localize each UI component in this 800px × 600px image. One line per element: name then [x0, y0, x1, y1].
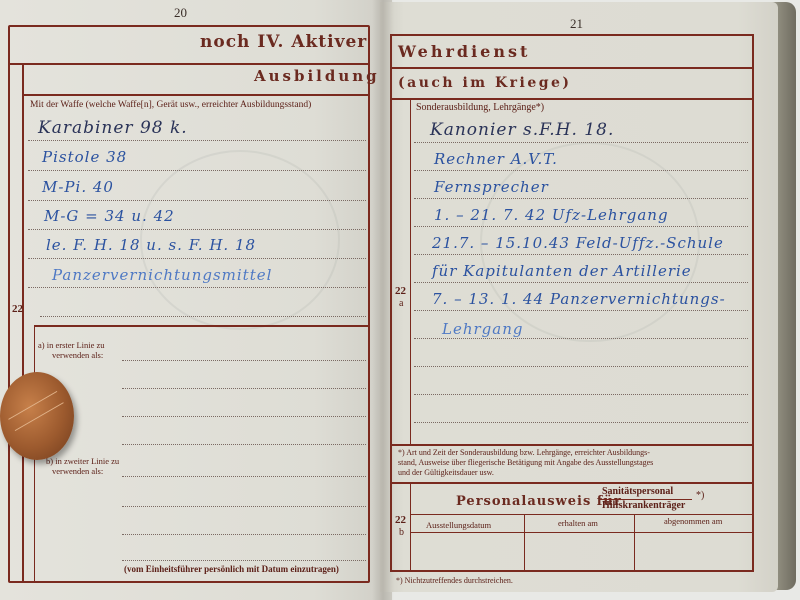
right-page: 21 Wehrdienst (auch im Kriege) Sonderaus…: [380, 2, 778, 592]
use-a-label-2: verwenden als:: [52, 350, 103, 360]
id-col-returned: abgenommen am: [664, 516, 722, 526]
entry-line: [40, 316, 366, 317]
training-entry: Kanonier s.F.H. 18.: [430, 120, 614, 140]
entry-line: [414, 170, 748, 171]
weapon-entry: M-G = 34 u. 42: [44, 207, 175, 225]
use-b-label-2: verwenden als:: [52, 466, 103, 476]
weapon-entry: M-Pi. 40: [42, 178, 114, 196]
entry-line: [414, 226, 748, 227]
entry-line: [414, 142, 748, 143]
id-col-received: erhalten am: [558, 518, 598, 528]
bottom-note: *) Nichtzutreffendes durchstreichen.: [396, 576, 513, 585]
entry-line: [28, 258, 366, 259]
row-letter-b: b: [399, 527, 404, 538]
coin-band: [8, 391, 63, 431]
entry-line: [414, 198, 748, 199]
weapon-section-label: Mit der Waffe (welche Waffe[n], Gerät us…: [30, 100, 311, 110]
training-entry: 21.7. – 15.10.43 Feld-Uffz.-Schule: [432, 234, 724, 252]
row-number-22a: 22: [395, 285, 406, 297]
use-line: [122, 506, 366, 507]
id-table-header-top: [410, 514, 754, 515]
use-line: [122, 360, 366, 361]
page-number-right: 21: [570, 16, 583, 32]
footnote-line: *) Art und Zeit der Sonderausbildung bzw…: [398, 448, 650, 457]
weapon-entry: le. F. H. 18 u. s. F. H. 18: [46, 236, 256, 254]
row-number-22: 22: [12, 303, 23, 315]
page-number-left: 20: [174, 5, 187, 21]
use-a-label: a) in erster Linie zu: [38, 340, 105, 350]
use-line: [122, 444, 366, 445]
use-line: [122, 416, 366, 417]
entry-line: [414, 282, 748, 283]
entry-line: [414, 366, 748, 367]
use-line: [122, 534, 366, 535]
training-entry: für Kapitulanten der Artillerie: [432, 262, 692, 280]
left-header-title: noch IV. Aktiver: [200, 32, 367, 52]
weapon-entry: Karabiner 98 k.: [38, 118, 188, 138]
use-b-label: b) in zweiter Linie zu: [46, 456, 119, 466]
footnote-line: und der Gültigkeitsdauer usw.: [398, 468, 494, 477]
id-option-medical-staff: Sanitätspersonal: [602, 486, 673, 497]
left-footer-note: (vom Einheitsführer persönlich mit Datum…: [124, 564, 339, 574]
id-option-stretcher-bearer: Hilfskrankenträger: [602, 500, 685, 511]
entry-line: [28, 287, 366, 288]
id-card-title: Personalausweis für: [456, 494, 622, 509]
right-header-title: Wehrdienst: [398, 42, 530, 61]
entry-line: [28, 229, 366, 230]
footnote-line: stand, Ausweise über fliegerische Betäti…: [398, 458, 653, 467]
right-header-subtitle: (auch im Kriege): [398, 75, 572, 91]
entry-line: [28, 200, 366, 201]
id-col-issue-date: Ausstellungsdatum: [426, 520, 491, 530]
use-line: [122, 476, 366, 477]
training-entry: Lehrgang: [442, 320, 523, 338]
book-gutter: [372, 0, 394, 600]
weapon-entry: Panzervernichtungsmittel: [52, 266, 272, 284]
use-line: [122, 560, 366, 561]
entry-line: [414, 338, 748, 339]
entry-line: [28, 170, 366, 171]
left-header-subtitle: Ausbildung: [254, 67, 380, 85]
entry-line: [28, 140, 366, 141]
right-rownum-line: [410, 98, 411, 444]
entry-line: [414, 310, 748, 311]
coin-scale-reference: [0, 372, 74, 460]
training-entry: Rechner A.V.T.: [434, 150, 558, 168]
entry-line: [414, 254, 748, 255]
left-page: 20 noch IV. Aktiver Ausbildung Mit der W…: [0, 0, 392, 600]
row-letter-a: a: [399, 298, 403, 309]
weapon-entry: Pistole 38: [42, 148, 127, 166]
left-section-divider: [34, 325, 370, 327]
left-inner-margin-line: [22, 63, 24, 581]
entry-line: [414, 422, 748, 423]
training-entry: 1. – 21. 7. 42 Ufz-Lehrgang: [434, 206, 669, 224]
use-line: [122, 388, 366, 389]
right-subheader-divider: [390, 98, 754, 100]
left-subheader-divider: [22, 94, 370, 96]
row-number-22b: 22: [395, 514, 406, 526]
id-table-header-bottom: [410, 532, 754, 533]
right-header-divider: [390, 67, 754, 69]
id-col-divider: [524, 514, 525, 572]
training-entry: Fernsprecher: [434, 178, 549, 196]
id-rownum-line: [410, 482, 411, 572]
footnote-bottom-divider: [390, 482, 754, 484]
id-asterisk: *): [696, 490, 704, 501]
id-col-divider: [634, 514, 635, 572]
left-header-divider: [8, 63, 370, 65]
training-entry: 7. – 13. 1. 44 Panzervernichtungs-: [432, 290, 726, 308]
special-training-label: Sonderausbildung, Lehrgänge*): [416, 102, 544, 113]
footnote-top-divider: [390, 444, 754, 446]
entry-line: [414, 394, 748, 395]
